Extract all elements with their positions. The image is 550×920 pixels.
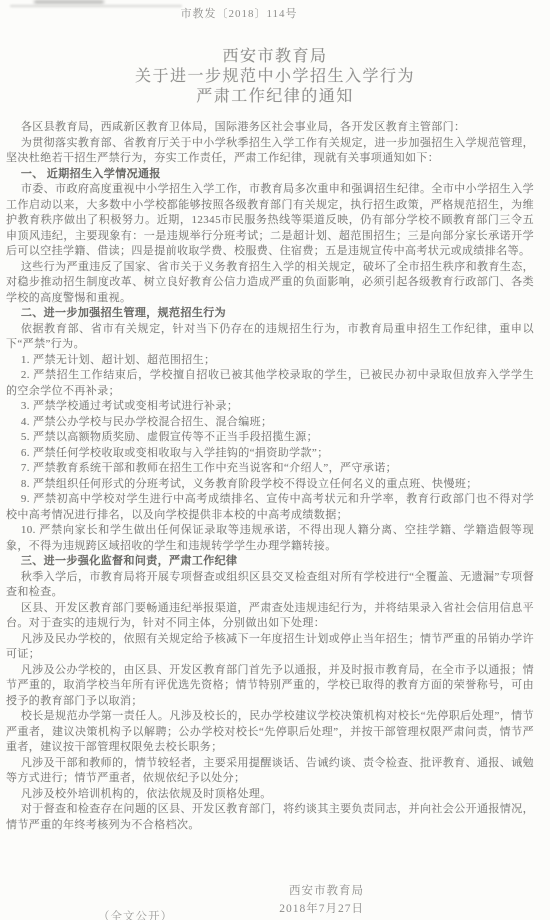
scan-artifact: [34, 0, 104, 4]
prohibition-item-7: 7. 严禁教育系统干部和教师在招生工作中充当说客和“介绍人”，严守承诺；: [6, 461, 534, 477]
prohibition-item-4: 4. 严禁公办学校与民办学校混合招生、混合编班；: [6, 415, 534, 431]
section-1-paragraph-1: 市委、市政府高度重视中小学招生入学工作，市教育局多次重申和强调招生纪律。全市中小…: [6, 182, 534, 260]
signature-org: 西安市教育局: [0, 883, 364, 901]
prohibition-item-8: 8. 严禁组织任何形式的分班考试，义务教育阶段学校不得设立任何名义的重点班、快慢…: [6, 477, 534, 493]
section-3-paragraph-8: 对于督查和检查存在问题的区县、开发区教育部门，将约谈其主要负责同志，并向社会公开…: [6, 802, 534, 833]
prohibition-item-5: 5. 严禁以高额物质奖励、虚假宣传等不正当手段招揽生源；: [6, 430, 534, 446]
section-3-paragraph-1: 秋季入学后，市教育局将开展专项督查或组织区县交叉检查组对所有学校进行“全覆盖、无…: [6, 570, 534, 601]
prohibition-item-3: 3. 严禁学校通过考试或变相考试进行补录；: [6, 399, 534, 415]
prohibition-item-2: 2. 严禁招生工作结束后，学校擅自招收已被其他学校录取的学生，已被民办初中录取但…: [6, 368, 534, 399]
document-body: 各区县教育局，西咸新区教育卫体局，国际港务区社会事业局，各开发区教育主管部门： …: [0, 120, 550, 833]
section-3-paragraph-4: 凡涉及公办学校的，由区县、开发区教育部门首先予以通报，并及时报市教育局，在全市予…: [6, 663, 534, 710]
prohibition-item-1: 1. 严禁无计划、超计划、超范围招生；: [6, 353, 534, 369]
title-line-1: 西安市教育局: [0, 47, 550, 67]
section-3-paragraph-6: 凡涉及干部和教师的，情节较轻者，主要采用提醒谈话、告诫约谈、责令检查、批评教育、…: [6, 756, 534, 787]
title-line-3: 严肃工作纪律的通知: [0, 87, 550, 107]
intro-paragraph: 为贯彻落实教育部、省教育厅关于中小学秋季招生入学工作有关规定，进一步加强招生入学…: [6, 136, 534, 167]
footer-note: （全文公开）: [98, 908, 173, 920]
document-title: 西安市教育局 关于进一步规范中小学招生入学行为 严肃工作纪律的通知: [0, 47, 550, 107]
section-1-heading: 一、 近期招生入学情况通报: [6, 167, 534, 183]
prohibition-item-9: 9. 严禁初高中学校对学生进行中高考成绩排名、宣传中高考状元和升学率，教育行政部…: [6, 492, 534, 523]
section-3-heading: 三、进一步强化监督和问责，严肃工作纪律: [6, 554, 534, 570]
section-3-paragraph-3: 凡涉及民办学校的，依照有关规定给予核减下一年度招生计划或停止当年招生；情节严重的…: [6, 632, 534, 663]
signature-block: 西安市教育局 2018年7月27日: [0, 883, 550, 918]
section-3-paragraph-7: 凡涉及校外培训机构的，依法依规及时顶格处理。: [6, 787, 534, 803]
title-line-2: 关于进一步规范中小学招生入学行为: [0, 67, 550, 87]
prohibition-item-10: 10. 严禁向家长和学生做出任何保证录取等违规承诺，不得出现人籍分离、空挂学籍、…: [6, 523, 534, 554]
section-2-heading: 二、进一步加强招生管理，规范招生行为: [6, 306, 534, 322]
signature-date: 2018年7月27日: [0, 901, 364, 919]
section-2-intro: 依据教育部、省市有关规定，针对当下仍存在的违规招生行为，市教育局重申招生工作纪律…: [6, 322, 534, 353]
section-1-paragraph-2: 这些行为严重违反了国家、省市关于义务教育招生入学的相关规定，破坏了全市招生秩序和…: [6, 260, 534, 307]
section-3-paragraph-2: 区县、开发区教育部门要畅通违纪举报渠道，严肃查处违规违纪行为，并将结果录入省社会…: [6, 601, 534, 632]
prohibition-item-6: 6. 严禁任何学校收取或变相收取与入学挂钩的“捐资助学款”；: [6, 446, 534, 462]
scan-artifact: [10, 5, 182, 7]
document-page: 市教发〔2018〕114号 西安市教育局 关于进一步规范中小学招生入学行为 严肃…: [0, 0, 550, 920]
addressee-line: 各区县教育局，西咸新区教育卫体局，国际港务区社会事业局，各开发区教育主管部门：: [6, 120, 534, 136]
section-3-paragraph-5: 校长是规范办学第一责任人。凡涉及校长的，民办学校建议学校决策机构对校长“先停职后…: [6, 709, 534, 756]
